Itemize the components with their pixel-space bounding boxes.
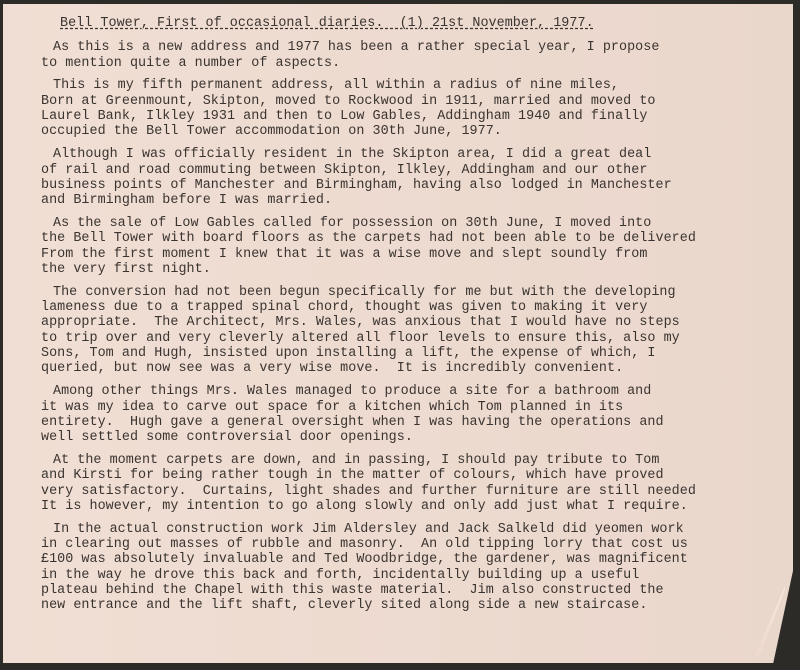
text-line: business points of Manchester and Birmin… [41,178,800,193]
paragraph: The conversion had not been begun specif… [41,285,800,377]
paragraph: At the moment carpets are down, and in p… [41,453,800,514]
text-line: queried, but now see was a very wise mov… [41,361,800,376]
text-line: This is my fifth permanent address, all … [41,78,800,93]
text-line: From the first moment I knew that it was… [41,247,800,262]
text-line: new entrance and the lift shaft, cleverl… [41,598,800,613]
text-line: and Birmingham before I was married. [41,193,800,208]
text-line: very satisfactory. Curtains, light shade… [41,484,800,499]
text-line: In the actual construction work Jim Alde… [41,522,800,537]
document-title: Bell Tower, First of occasional diaries.… [60,16,800,31]
text-line: the Bell Tower with board floors as the … [41,231,800,246]
text-line: the very first night. [41,262,800,277]
text-line: Sons, Tom and Hugh, insisted upon instal… [41,346,800,361]
paragraph: Among other things Mrs. Wales managed to… [41,384,800,445]
text-line: appropriate. The Architect, Mrs. Wales, … [41,315,800,330]
text-line: it was my idea to carve out space for a … [41,400,800,415]
paragraph: Although I was officially resident in th… [41,147,800,208]
paragraph: As the sale of Low Gables called for pos… [41,216,800,277]
paragraph: In the actual construction work Jim Alde… [41,522,800,614]
text-line: As the sale of Low Gables called for pos… [41,216,800,231]
text-line: It is however, my intention to go along … [41,499,800,514]
text-line: lameness due to a trapped spinal chord, … [41,300,800,315]
text-line: entirety. Hugh gave a general oversight … [41,415,800,430]
paragraph: This is my fifth permanent address, all … [41,78,800,139]
text-line: At the moment carpets are down, and in p… [41,453,800,468]
document-body: Bell Tower, First of occasional diaries.… [41,16,800,621]
text-line: well settled some controversial door ope… [41,430,800,445]
text-line: The conversion had not been begun specif… [41,285,800,300]
text-line: Although I was officially resident in th… [41,147,800,162]
text-line: £100 was absolutely invaluable and Ted W… [41,552,800,567]
text-line: to mention quite a number of aspects. [41,56,800,71]
text-line: of rail and road commuting between Skipt… [41,163,800,178]
text-line: and Kirsti for being rather tough in the… [41,468,800,483]
typewritten-page: Bell Tower, First of occasional diaries.… [3,4,793,663]
text-line: Born at Greenmount, Skipton, moved to Ro… [41,94,800,109]
text-line: to trip over and very cleverly altered a… [41,331,800,346]
text-line: plateau behind the Chapel with this wast… [41,583,800,598]
text-line: Laurel Bank, Ilkley 1931 and then to Low… [41,109,800,124]
text-line: in the way he drove this back and forth,… [41,568,800,583]
text-line: Among other things Mrs. Wales managed to… [41,384,800,399]
text-line: occupied the Bell Tower accommodation on… [41,124,800,139]
paragraphs: As this is a new address and 1977 has be… [41,40,800,613]
text-line: As this is a new address and 1977 has be… [41,40,800,55]
paragraph: As this is a new address and 1977 has be… [41,40,800,71]
text-line: in clearing out masses of rubble and mas… [41,537,800,552]
